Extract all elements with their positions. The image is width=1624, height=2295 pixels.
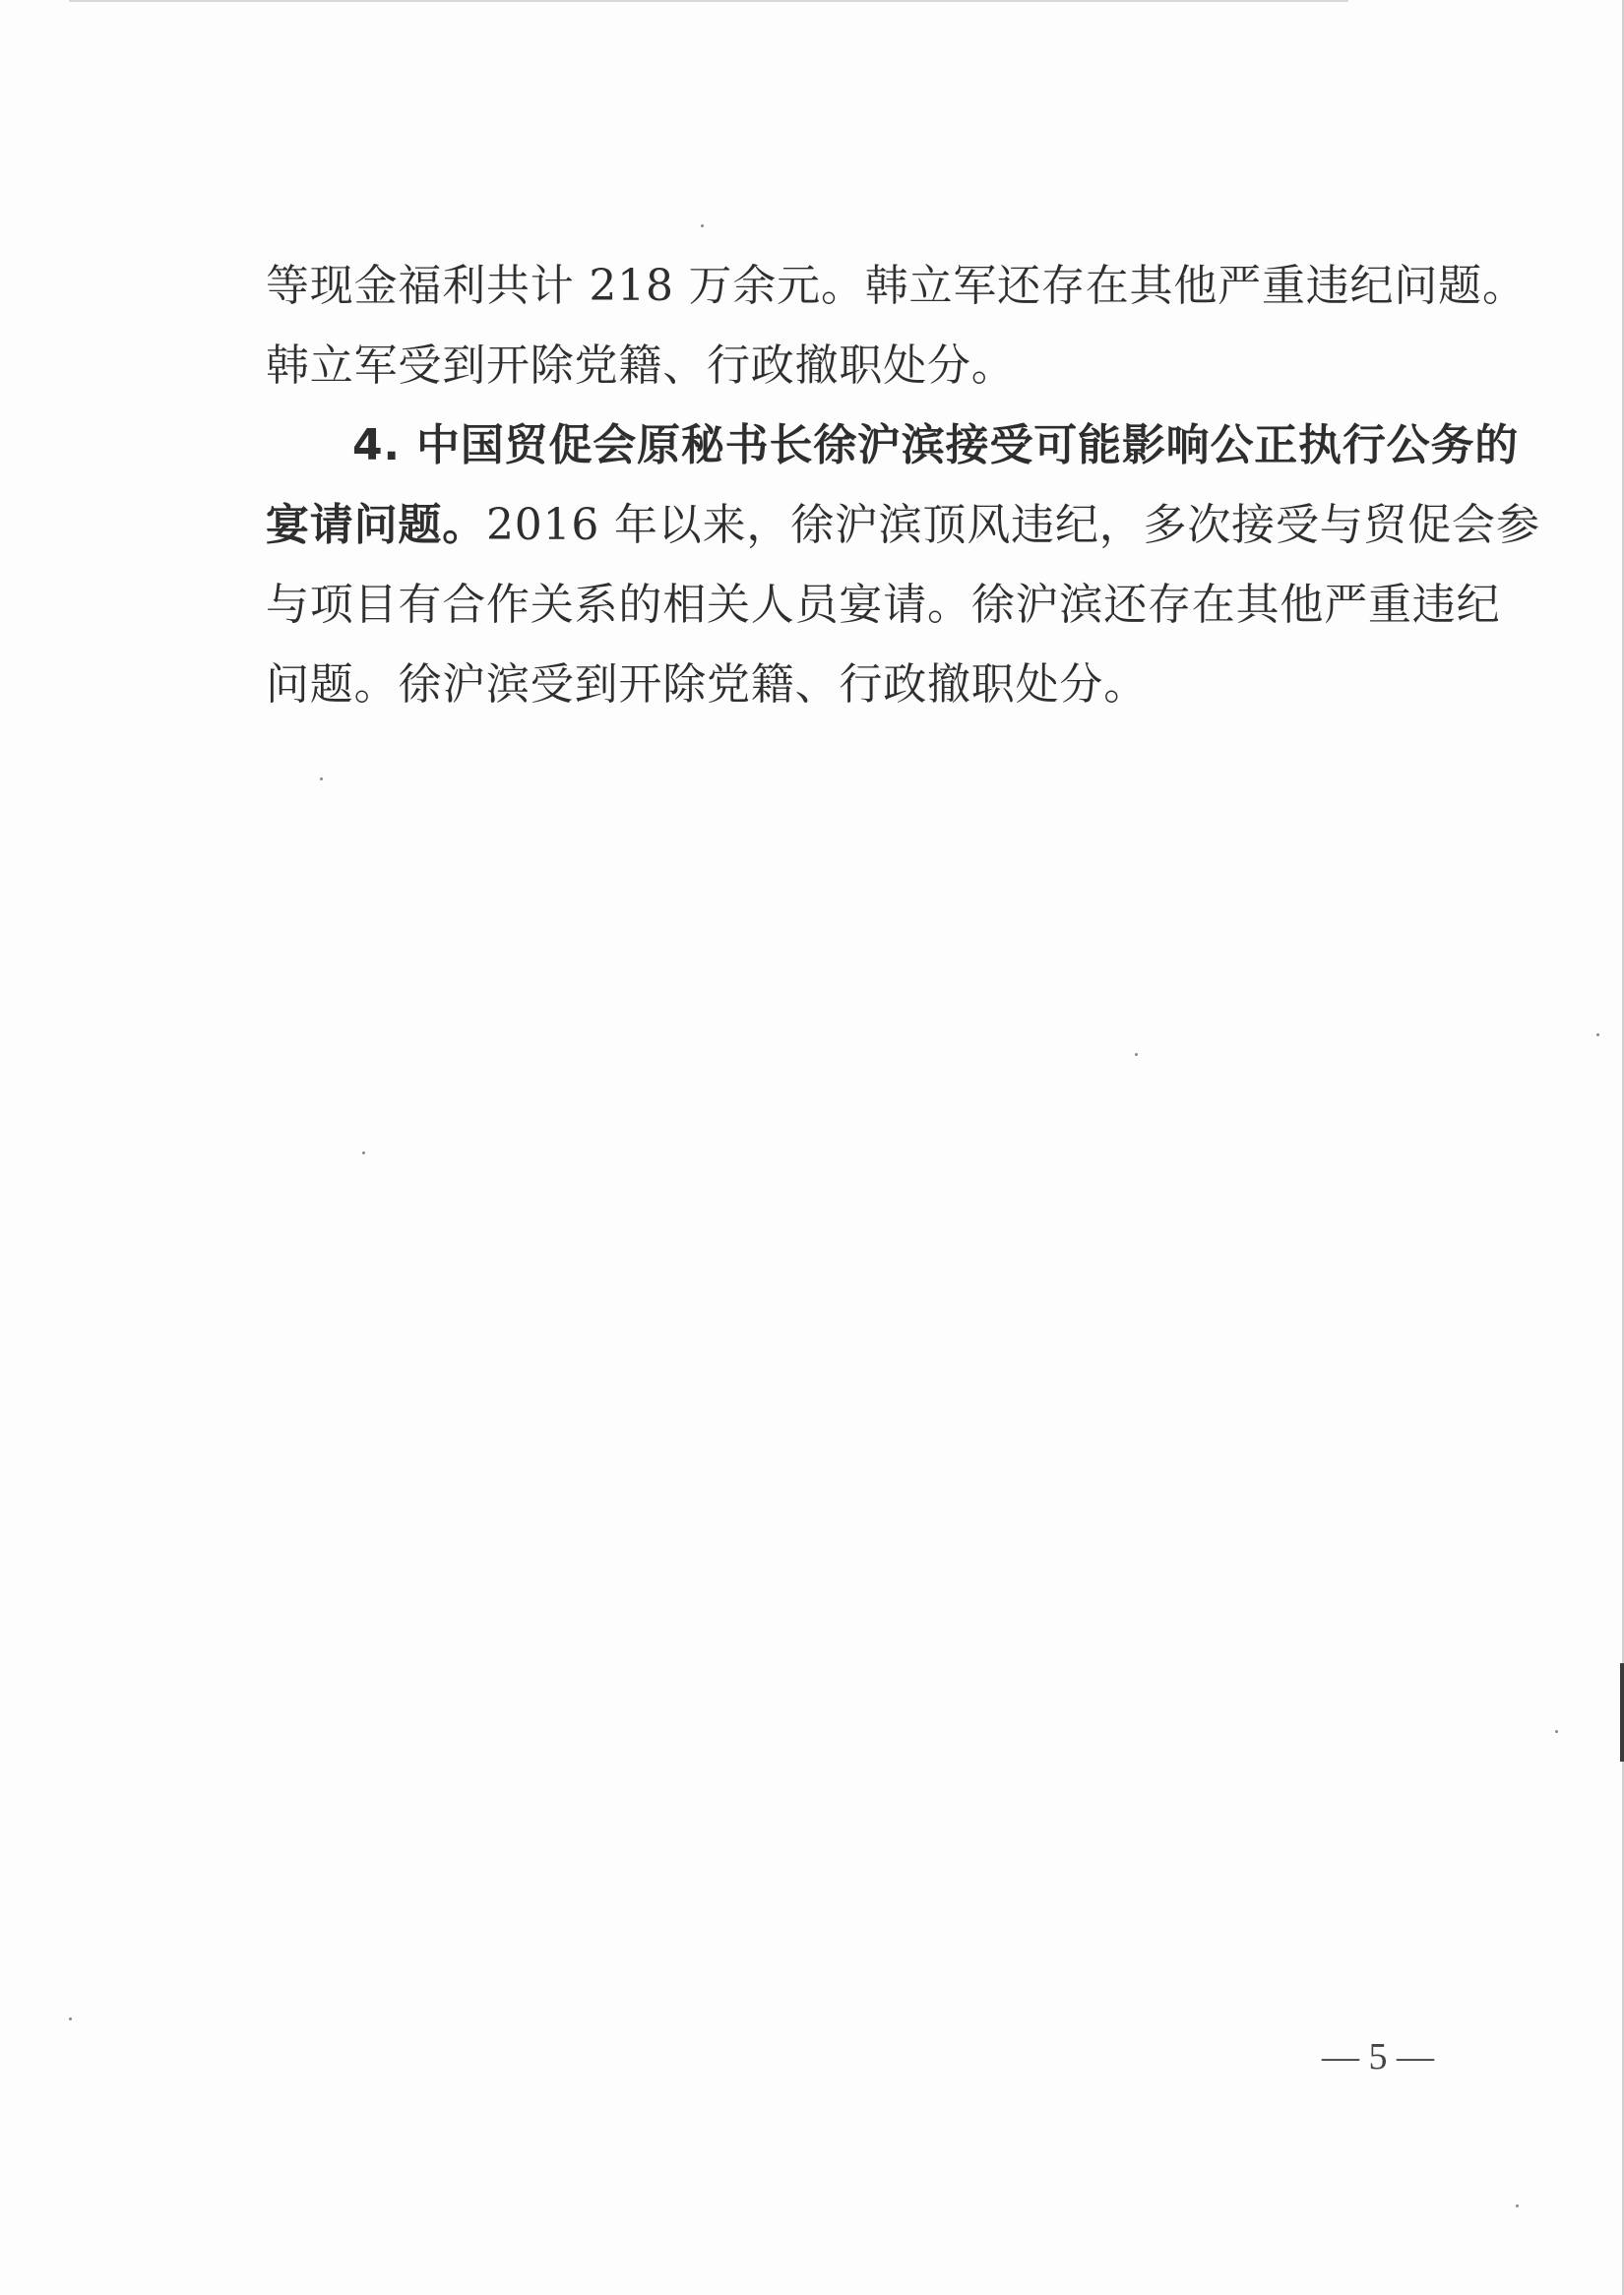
- scan-speck: [362, 1151, 365, 1154]
- paragraph-xu-hubin: 4. 中国贸促会原秘书长徐沪滨接受可能影响公正执行公务的 宴请问题。2016 年…: [266, 405, 1506, 724]
- section-heading: 4. 中国贸促会原秘书长徐沪滨接受可能影响公正执行公务的: [266, 405, 1506, 485]
- paragraph-han-lijun: 等现金福利共计 218 万余元。韩立军还存在其他严重违纪问题。 韩立军受到开除党…: [266, 246, 1506, 405]
- text-line: 与项目有合作关系的相关人员宴请。徐沪滨还存在其他严重违纪: [266, 565, 1506, 645]
- section-heading-continued: 宴请问题。: [266, 500, 486, 550]
- scan-speck: [1135, 1053, 1138, 1056]
- document-page: 等现金福利共计 218 万余元。韩立军还存在其他严重违纪问题。 韩立军受到开除党…: [0, 0, 1624, 2295]
- text-line: 问题。徐沪滨受到开除党籍、行政撤职处分。: [266, 645, 1506, 724]
- scan-speck: [1516, 2204, 1519, 2207]
- text-line: 等现金福利共计 218 万余元。韩立军还存在其他严重违纪问题。: [266, 246, 1506, 326]
- document-body: 等现金福利共计 218 万余元。韩立军还存在其他严重违纪问题。 韩立军受到开除党…: [266, 246, 1506, 724]
- scan-edge-mark: [1620, 1663, 1624, 1762]
- scan-speck: [701, 224, 704, 227]
- scan-speck: [69, 2017, 72, 2020]
- scan-speck: [1555, 1730, 1558, 1733]
- text-line: 宴请问题。2016 年以来，徐沪滨顶风违纪，多次接受与贸促会参: [266, 485, 1506, 565]
- scan-top-edge: [69, 0, 1348, 2]
- page-number: — 5 —: [1309, 2035, 1447, 2078]
- text-line: 韩立军受到开除党籍、行政撤职处分。: [266, 326, 1506, 405]
- scan-speck: [320, 777, 323, 780]
- text-segment: 2016 年以来，徐沪滨顶风违纪，多次接受与贸促会参: [486, 500, 1540, 550]
- scan-speck: [1596, 1033, 1599, 1036]
